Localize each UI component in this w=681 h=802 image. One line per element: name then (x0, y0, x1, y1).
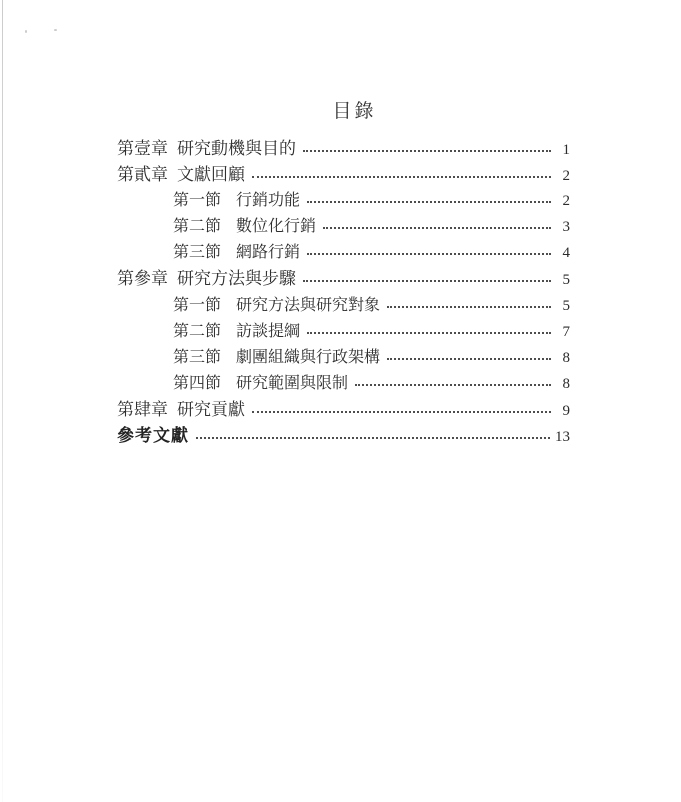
section-number: 第二節 (173, 214, 221, 240)
chapter-number: 第壹章 (117, 136, 168, 162)
dot-leader (307, 332, 551, 334)
toc-entry-section-2-2: 第二節 數位化行銷 3 (117, 214, 570, 240)
toc-entry-section-2-1: 第一節 行銷功能 2 (117, 188, 570, 214)
toc-entry-section-3-1: 第一節 研究方法與研究對象 5 (117, 293, 570, 319)
scan-speck (25, 30, 27, 33)
section-title: 研究方法與研究對象 (236, 293, 380, 319)
chapter-number: 第肆章 (117, 397, 168, 423)
section-title: 行銷功能 (236, 188, 300, 214)
scan-edge-artifact (2, 0, 3, 802)
chapter-title: 研究動機與目的 (177, 136, 296, 162)
toc-entry-chapter-1: 第壹章 研究動機與目的 1 (117, 136, 570, 162)
page-number: 8 (556, 345, 570, 371)
section-title: 數位化行銷 (236, 214, 316, 240)
dot-leader (303, 150, 551, 152)
dot-leader (307, 253, 551, 255)
chapter-number: 第參章 (117, 266, 168, 292)
toc-entry-chapter-4: 第肆章 研究貢獻 9 (117, 397, 570, 423)
dot-leader (387, 306, 551, 308)
section-title: 研究範圍與限制 (236, 371, 348, 397)
toc-entry-section-3-4: 第四節 研究範圍與限制 8 (117, 371, 570, 397)
section-number: 第一節 (173, 293, 221, 319)
section-title: 劇團組織與行政架構 (236, 345, 380, 371)
chapter-title: 研究方法與步驟 (177, 266, 296, 292)
dot-leader (323, 227, 551, 229)
dot-leader (252, 411, 551, 413)
page-number: 3 (556, 214, 570, 240)
toc-entry-section-2-3: 第三節 網路行銷 4 (117, 240, 570, 266)
page-number: 1 (556, 137, 570, 163)
section-title: 訪談提綱 (236, 319, 300, 345)
section-title: 網路行銷 (236, 240, 300, 266)
toc-entry-section-3-2: 第二節 訪談提綱 7 (117, 319, 570, 345)
toc-entry-chapter-3: 第參章 研究方法與步驟 5 (117, 266, 570, 292)
page-number: 13 (555, 424, 570, 450)
chapter-title: 研究貢獻 (177, 397, 245, 423)
page-number: 2 (556, 163, 570, 189)
section-number: 第四節 (173, 371, 221, 397)
chapter-title: 文獻回顧 (177, 162, 245, 188)
toc-entry-references: 參考文獻 13 (117, 423, 570, 449)
references-title: 參考文獻 (117, 423, 189, 449)
page-number: 5 (556, 267, 570, 293)
toc-entry-chapter-2: 第貳章 文獻回顧 2 (117, 162, 570, 188)
dot-leader (387, 358, 551, 360)
dot-leader (307, 201, 551, 203)
scanned-page: 目錄 第壹章 研究動機與目的 1 第貳章 文獻回顧 2 第一節 行銷功能 2 第… (0, 0, 681, 802)
dot-leader (355, 384, 551, 386)
dot-leader (303, 280, 551, 282)
page-number: 7 (556, 319, 570, 345)
chapter-number: 第貳章 (117, 162, 168, 188)
section-number: 第三節 (173, 345, 221, 371)
page-number: 9 (556, 398, 570, 424)
page-number: 8 (556, 371, 570, 397)
page-number: 2 (556, 188, 570, 214)
page-title: 目錄 (117, 99, 570, 125)
page-number: 4 (556, 240, 570, 266)
section-number: 第三節 (173, 240, 221, 266)
scan-speck (54, 29, 57, 31)
page-number: 5 (556, 293, 570, 319)
section-number: 第二節 (173, 319, 221, 345)
dot-leader (252, 176, 551, 178)
toc-entry-section-3-3: 第三節 劇團組織與行政架構 8 (117, 345, 570, 371)
toc-content: 目錄 第壹章 研究動機與目的 1 第貳章 文獻回顧 2 第一節 行銷功能 2 第… (117, 99, 570, 449)
dot-leader (196, 437, 550, 439)
section-number: 第一節 (173, 188, 221, 214)
